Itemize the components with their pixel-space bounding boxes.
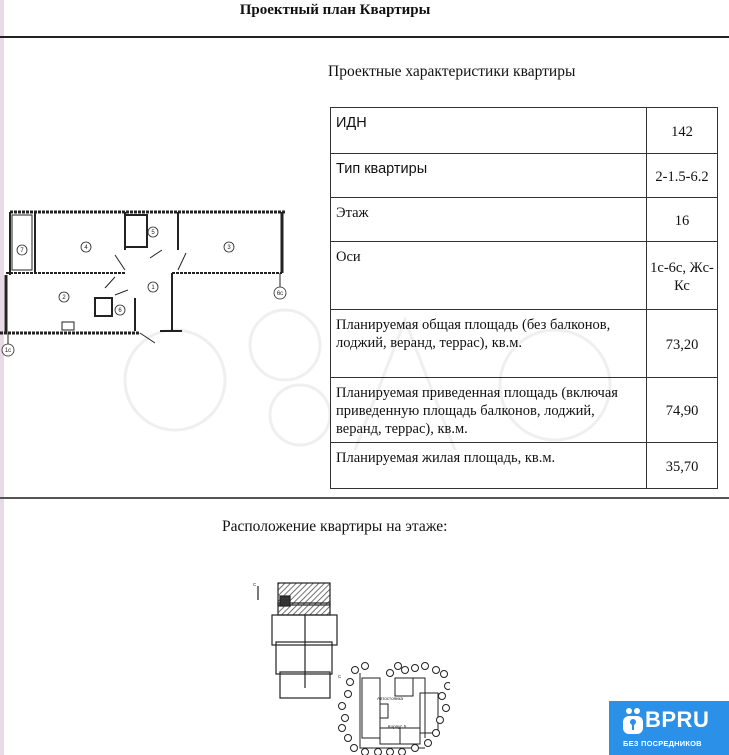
axis-6c-label: 6с xyxy=(277,291,283,297)
bpru-badge[interactable]: BPRU БЕЗ ПОСРЕДНИКОВ xyxy=(609,701,729,755)
characteristics-row: Тип квартиры2-1.5-6.2 xyxy=(331,154,718,198)
characteristics-row: Планируемая общая площадь (без балконов,… xyxy=(331,310,718,378)
scan-edge xyxy=(0,0,4,755)
badge-tagline: БЕЗ ПОСРЕДНИКОВ xyxy=(623,739,702,748)
characteristics-row: Этаж16 xyxy=(331,198,718,242)
characteristic-value: 74,90 xyxy=(647,378,718,443)
characteristic-value: 35,70 xyxy=(647,443,718,489)
apartment-floor-plan: 4 1 2 3 5 6 7 1с 6с xyxy=(0,195,300,360)
building-label: Корпус 5 xyxy=(388,724,407,729)
divider-middle xyxy=(0,497,729,499)
document-title: Проектный план Квартиры xyxy=(0,2,670,19)
floor-location-plan: С С Автостоянка Корпус 5 xyxy=(250,578,450,755)
characteristic-value: 1с-6с, Жс-Кс xyxy=(647,242,718,310)
characteristic-label: Планируемая общая площадь (без балконов,… xyxy=(331,310,647,378)
characteristic-label: Этаж xyxy=(331,198,647,242)
characteristics-row: Планируемая жилая площадь, кв.м.35,70 xyxy=(331,443,718,489)
characteristic-label: ИДН xyxy=(331,108,647,154)
characteristics-title: Проектные характеристики квартиры xyxy=(328,63,575,81)
characteristics-row: Планируемая приведенная площадь (включая… xyxy=(331,378,718,443)
badge-brand: BPRU xyxy=(645,707,709,733)
divider-top xyxy=(0,36,729,38)
characteristics-table: ИДН142Тип квартиры2-1.5-6.2Этаж16Оси1с-6… xyxy=(330,107,718,489)
characteristic-value: 142 xyxy=(647,108,718,154)
location-title: Расположение квартиры на этаже: xyxy=(222,518,447,536)
axis-1c-label: 1с xyxy=(5,348,11,354)
characteristic-value: 73,20 xyxy=(647,310,718,378)
characteristic-value: 16 xyxy=(647,198,718,242)
characteristic-label: Планируемая жилая площадь, кв.м. xyxy=(331,443,647,489)
keyhole-people-icon xyxy=(621,707,645,735)
characteristic-label: Планируемая приведенная площадь (включая… xyxy=(331,378,647,443)
characteristics-row: Оси1с-6с, Жс-Кс xyxy=(331,242,718,310)
north-label-2: С xyxy=(338,674,342,679)
characteristic-value: 2-1.5-6.2 xyxy=(647,154,718,198)
characteristic-label: Тип квартиры xyxy=(331,154,647,198)
characteristics-row: ИДН142 xyxy=(331,108,718,154)
characteristic-label: Оси xyxy=(331,242,647,310)
north-label: С xyxy=(253,582,257,587)
parking-label: Автостоянка xyxy=(377,696,404,701)
